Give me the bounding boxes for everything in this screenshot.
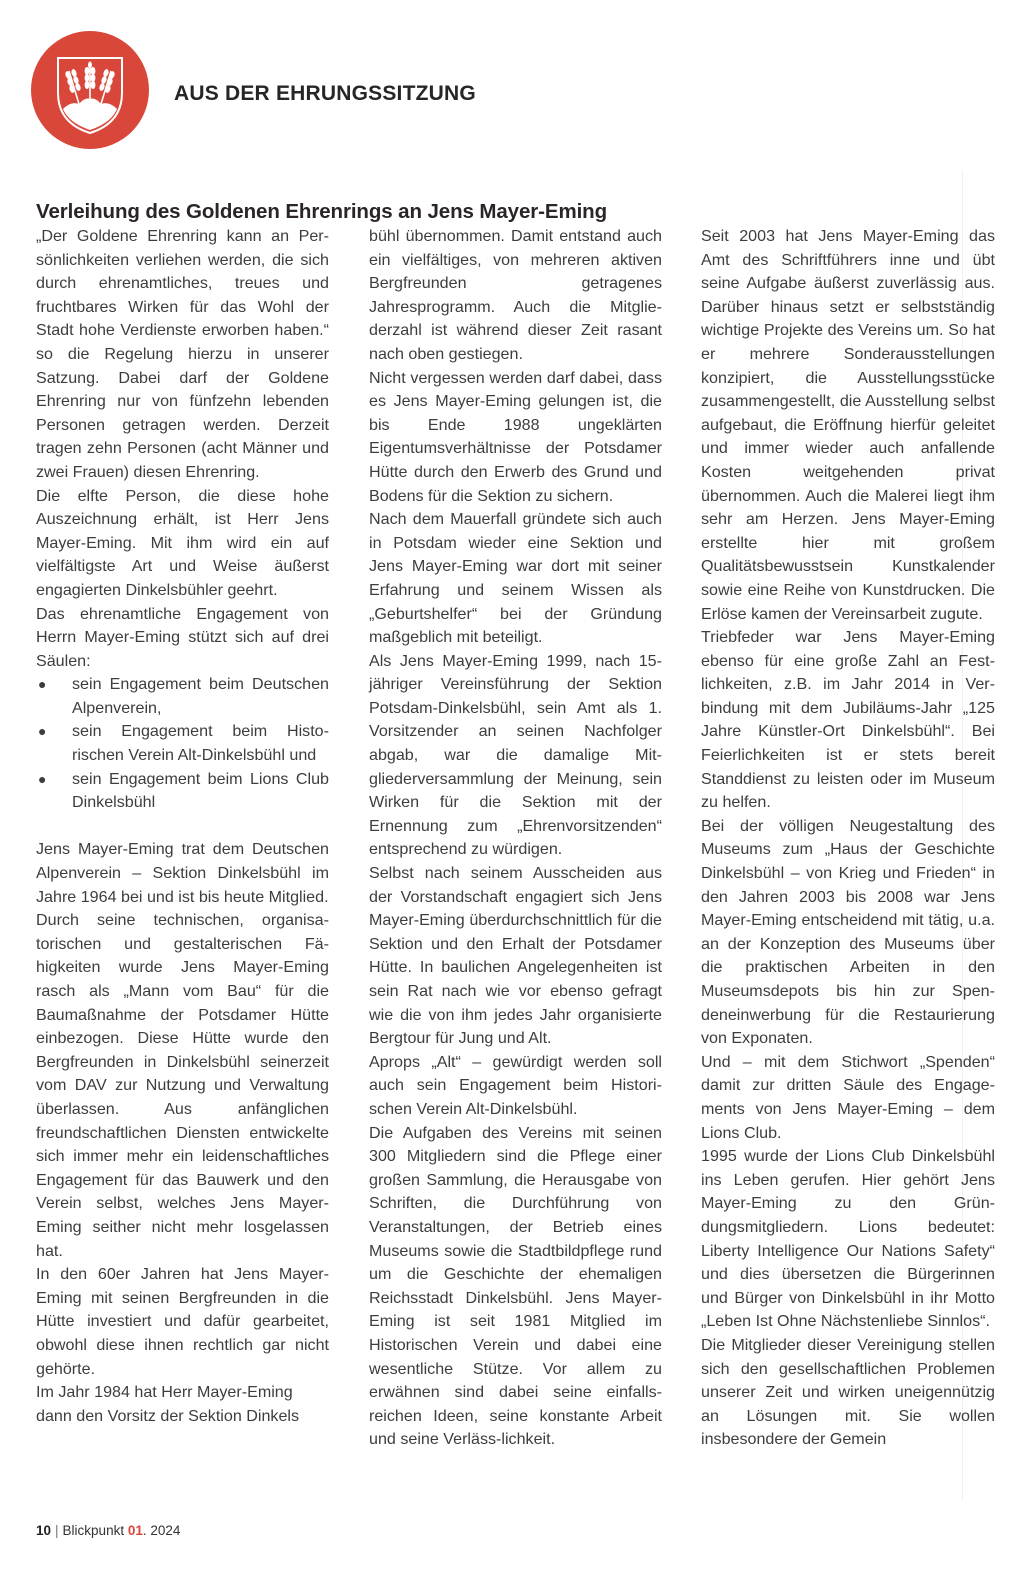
paragraph: 1995 wurde der Lions Club Dinkels­bühl i… [701,1145,995,1334]
paragraph: Die elfte Person, die diese hohe Auszeic… [36,485,329,603]
paragraph: Im Jahr 1984 hat Herr Mayer-Eming dann d… [36,1381,329,1428]
paragraph: Die Aufgaben des Vereins mit seinen 300 … [369,1122,662,1452]
coat-of-arms-logo [31,31,149,149]
page-footer: 10|Blickpunkt 01. 2024 [36,1522,180,1540]
coat-of-arms-three-wheat-ears-icon [31,31,149,149]
page-number: 10 [36,1523,51,1538]
paragraph: Seit 2003 hat Jens Mayer-Eming das Amt d… [701,225,995,626]
paragraph: Selbst nach seinem Ausscheiden aus der V… [369,862,662,1051]
paragraph: Durch seine technischen, organisa­torisc… [36,909,329,1263]
article-column-2: bühl übernommen. Damit entstand auch ein… [369,225,662,1452]
paragraph: Nach dem Mauerfall gründete sich auch in… [369,508,662,650]
paragraph: Jens Mayer-Eming trat dem Deut­schen Alp… [36,838,329,909]
bullet-item: ●sein Engagement beim Histo­rischen Vere… [36,720,329,767]
article-column-1: „Der Goldene Ehrenring kann an Per­sönli… [36,225,329,1428]
issue-year: . 2024 [143,1523,181,1538]
article-title: Verleihung des Goldenen Ehrenrings an Je… [36,200,607,224]
article-column-3: Seit 2003 hat Jens Mayer-Eming das Amt d… [701,225,995,1452]
paragraph: Aprops „Alt“ – gewürdigt werden soll auc… [369,1051,662,1122]
bullet-item: ●sein Engagement beim Deut­schen Alpenve… [36,673,329,720]
footer-separator: | [55,1523,59,1538]
bullet-icon: ● [38,768,46,792]
publication-name: Blickpunkt [63,1523,125,1538]
paragraph: Als Jens Mayer-Eming 1999, nach 15-jähri… [369,650,662,862]
section-title: AUS DER EHRUNGSSITZUNG [174,82,476,106]
paragraph: Das ehrenamtliche Engagement von Herrn M… [36,603,329,674]
paragraph: Triebfeder war Jens Mayer-Eming ebenso f… [701,626,995,815]
paragraph: Und – mit dem Stichwort „Spenden“ damit … [701,1051,995,1145]
paragraph: Nicht vergessen werden darf dabei, dass … [369,367,662,509]
bullet-item: ●sein Engagement beim Lions Club Dinkels… [36,768,329,815]
paragraph: „Der Goldene Ehrenring kann an Per­sönli… [36,225,329,485]
bullet-icon: ● [38,673,46,697]
bullet-icon: ● [38,720,46,744]
paragraph: Die Mitglieder dieser Vereinigung stelle… [701,1334,995,1452]
paragraph: In den 60er Jahren hat Jens Mayer-Eming … [36,1263,329,1381]
paragraph: bühl übernommen. Damit entstand auch ein… [369,225,662,367]
spacer [36,815,329,839]
paragraph: Bei der völligen Neugestaltung des Museu… [701,815,995,1051]
issue-number: 01 [128,1523,143,1538]
pillars-bullet-list: ●sein Engagement beim Deut­schen Alpenve… [36,673,329,815]
